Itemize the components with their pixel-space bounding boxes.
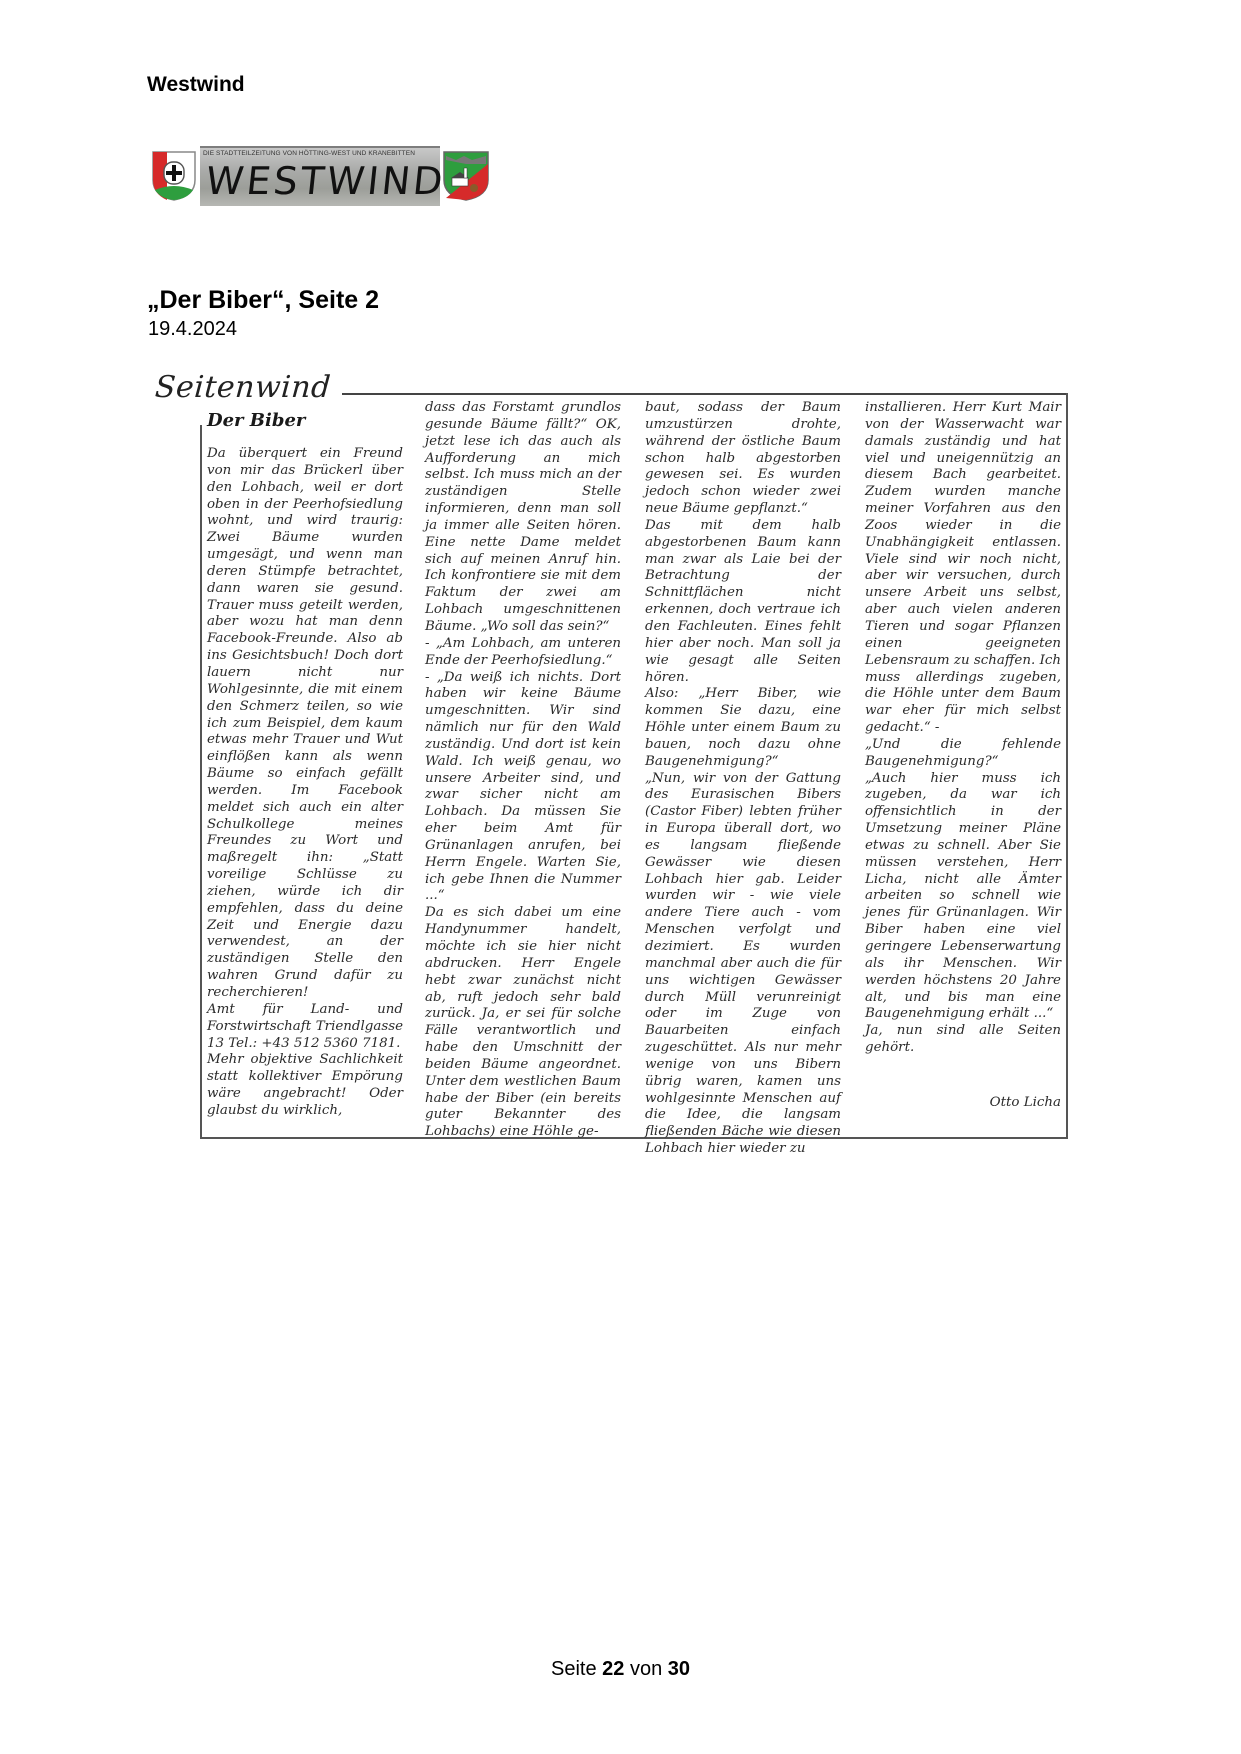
coat-of-arms-cross-icon: [151, 150, 197, 202]
paragraph: baut, sodass der Baum umzustürzen drohte…: [645, 400, 841, 518]
article-byline: Otto Licha: [865, 1095, 1061, 1110]
paragraph: „Und die fehlende Baugenehmigung?“: [865, 737, 1061, 771]
paragraph: Das mit dem halb abgestorbenen Baum kann…: [645, 518, 841, 686]
paragraph: „Nun, wir von der Gattung des Eurasische…: [645, 771, 841, 1158]
paragraph: dass das Forstamt grundlos gesunde Bäume…: [425, 400, 621, 636]
page-label: Seite: [551, 1658, 597, 1680]
newspaper-clipping: Seitenwind Der Biber Da überquert ein Fr…: [150, 370, 1075, 1145]
masthead-banner: DIE STADTTEILZEITUNG VON HÖTTING-WEST UN…: [200, 146, 440, 206]
paragraph: Da es sich dabei um eine Handynummer han…: [425, 905, 621, 1141]
article-column-2: dass das Forstamt grundlos gesunde Bäume…: [425, 400, 621, 1141]
article-date: 19.4.2024: [148, 318, 237, 341]
paragraph: installieren. Herr Kurt Mair von der Was…: [865, 400, 1061, 737]
top-rule: [342, 393, 1067, 395]
article-headline: Der Biber: [207, 410, 403, 432]
masthead-tagline: DIE STADTTEILZEITUNG VON HÖTTING-WEST UN…: [203, 150, 415, 157]
page-footer: Seite 22 von 30: [0, 1658, 1241, 1681]
masthead-logo: DIE STADTTEILZEITUNG VON HÖTTING-WEST UN…: [151, 146, 490, 206]
paragraph: - „Am Lohbach, am unteren Ende der Peerh…: [425, 636, 621, 670]
box-border-left: [200, 425, 202, 1139]
article-title: „Der Biber“, Seite 2: [147, 286, 379, 315]
paragraph: Da überquert ein Freund von mir das Brüc…: [207, 446, 403, 1002]
paragraph: Mehr objektive Sachlichkeit statt kollek…: [207, 1052, 403, 1119]
coat-of-arms-church-icon: [442, 150, 490, 202]
box-border-right: [1066, 393, 1068, 1139]
paragraph: Amt für Land- und Forstwirtschaft Triend…: [207, 1002, 403, 1053]
page-separator: von: [630, 1658, 662, 1680]
current-page-number: 22: [602, 1658, 624, 1680]
paragraph: Also: „Herr Biber, wie kommen Sie dazu, …: [645, 686, 841, 770]
article-column-4: installieren. Herr Kurt Mair von der Was…: [865, 400, 1061, 1057]
masthead-wordmark: WESTWIND: [204, 158, 448, 204]
section-label: Seitenwind: [154, 370, 332, 405]
paragraph: Ja, nun sind alle Seiten gehört.: [865, 1023, 1061, 1057]
article-column-3: baut, sodass der Baum umzustürzen drohte…: [645, 400, 841, 1158]
paragraph: - „Da weiß ich nichts. Dort haben wir ke…: [425, 670, 621, 906]
article-column-1: Der Biber Da überquert ein Freund von mi…: [207, 410, 403, 1120]
box-border-bottom: [200, 1137, 1068, 1139]
paragraph: „Auch hier muss ich zugeben, da war ich …: [865, 771, 1061, 1024]
document-header: Westwind: [147, 73, 245, 97]
total-page-count: 30: [668, 1658, 690, 1680]
